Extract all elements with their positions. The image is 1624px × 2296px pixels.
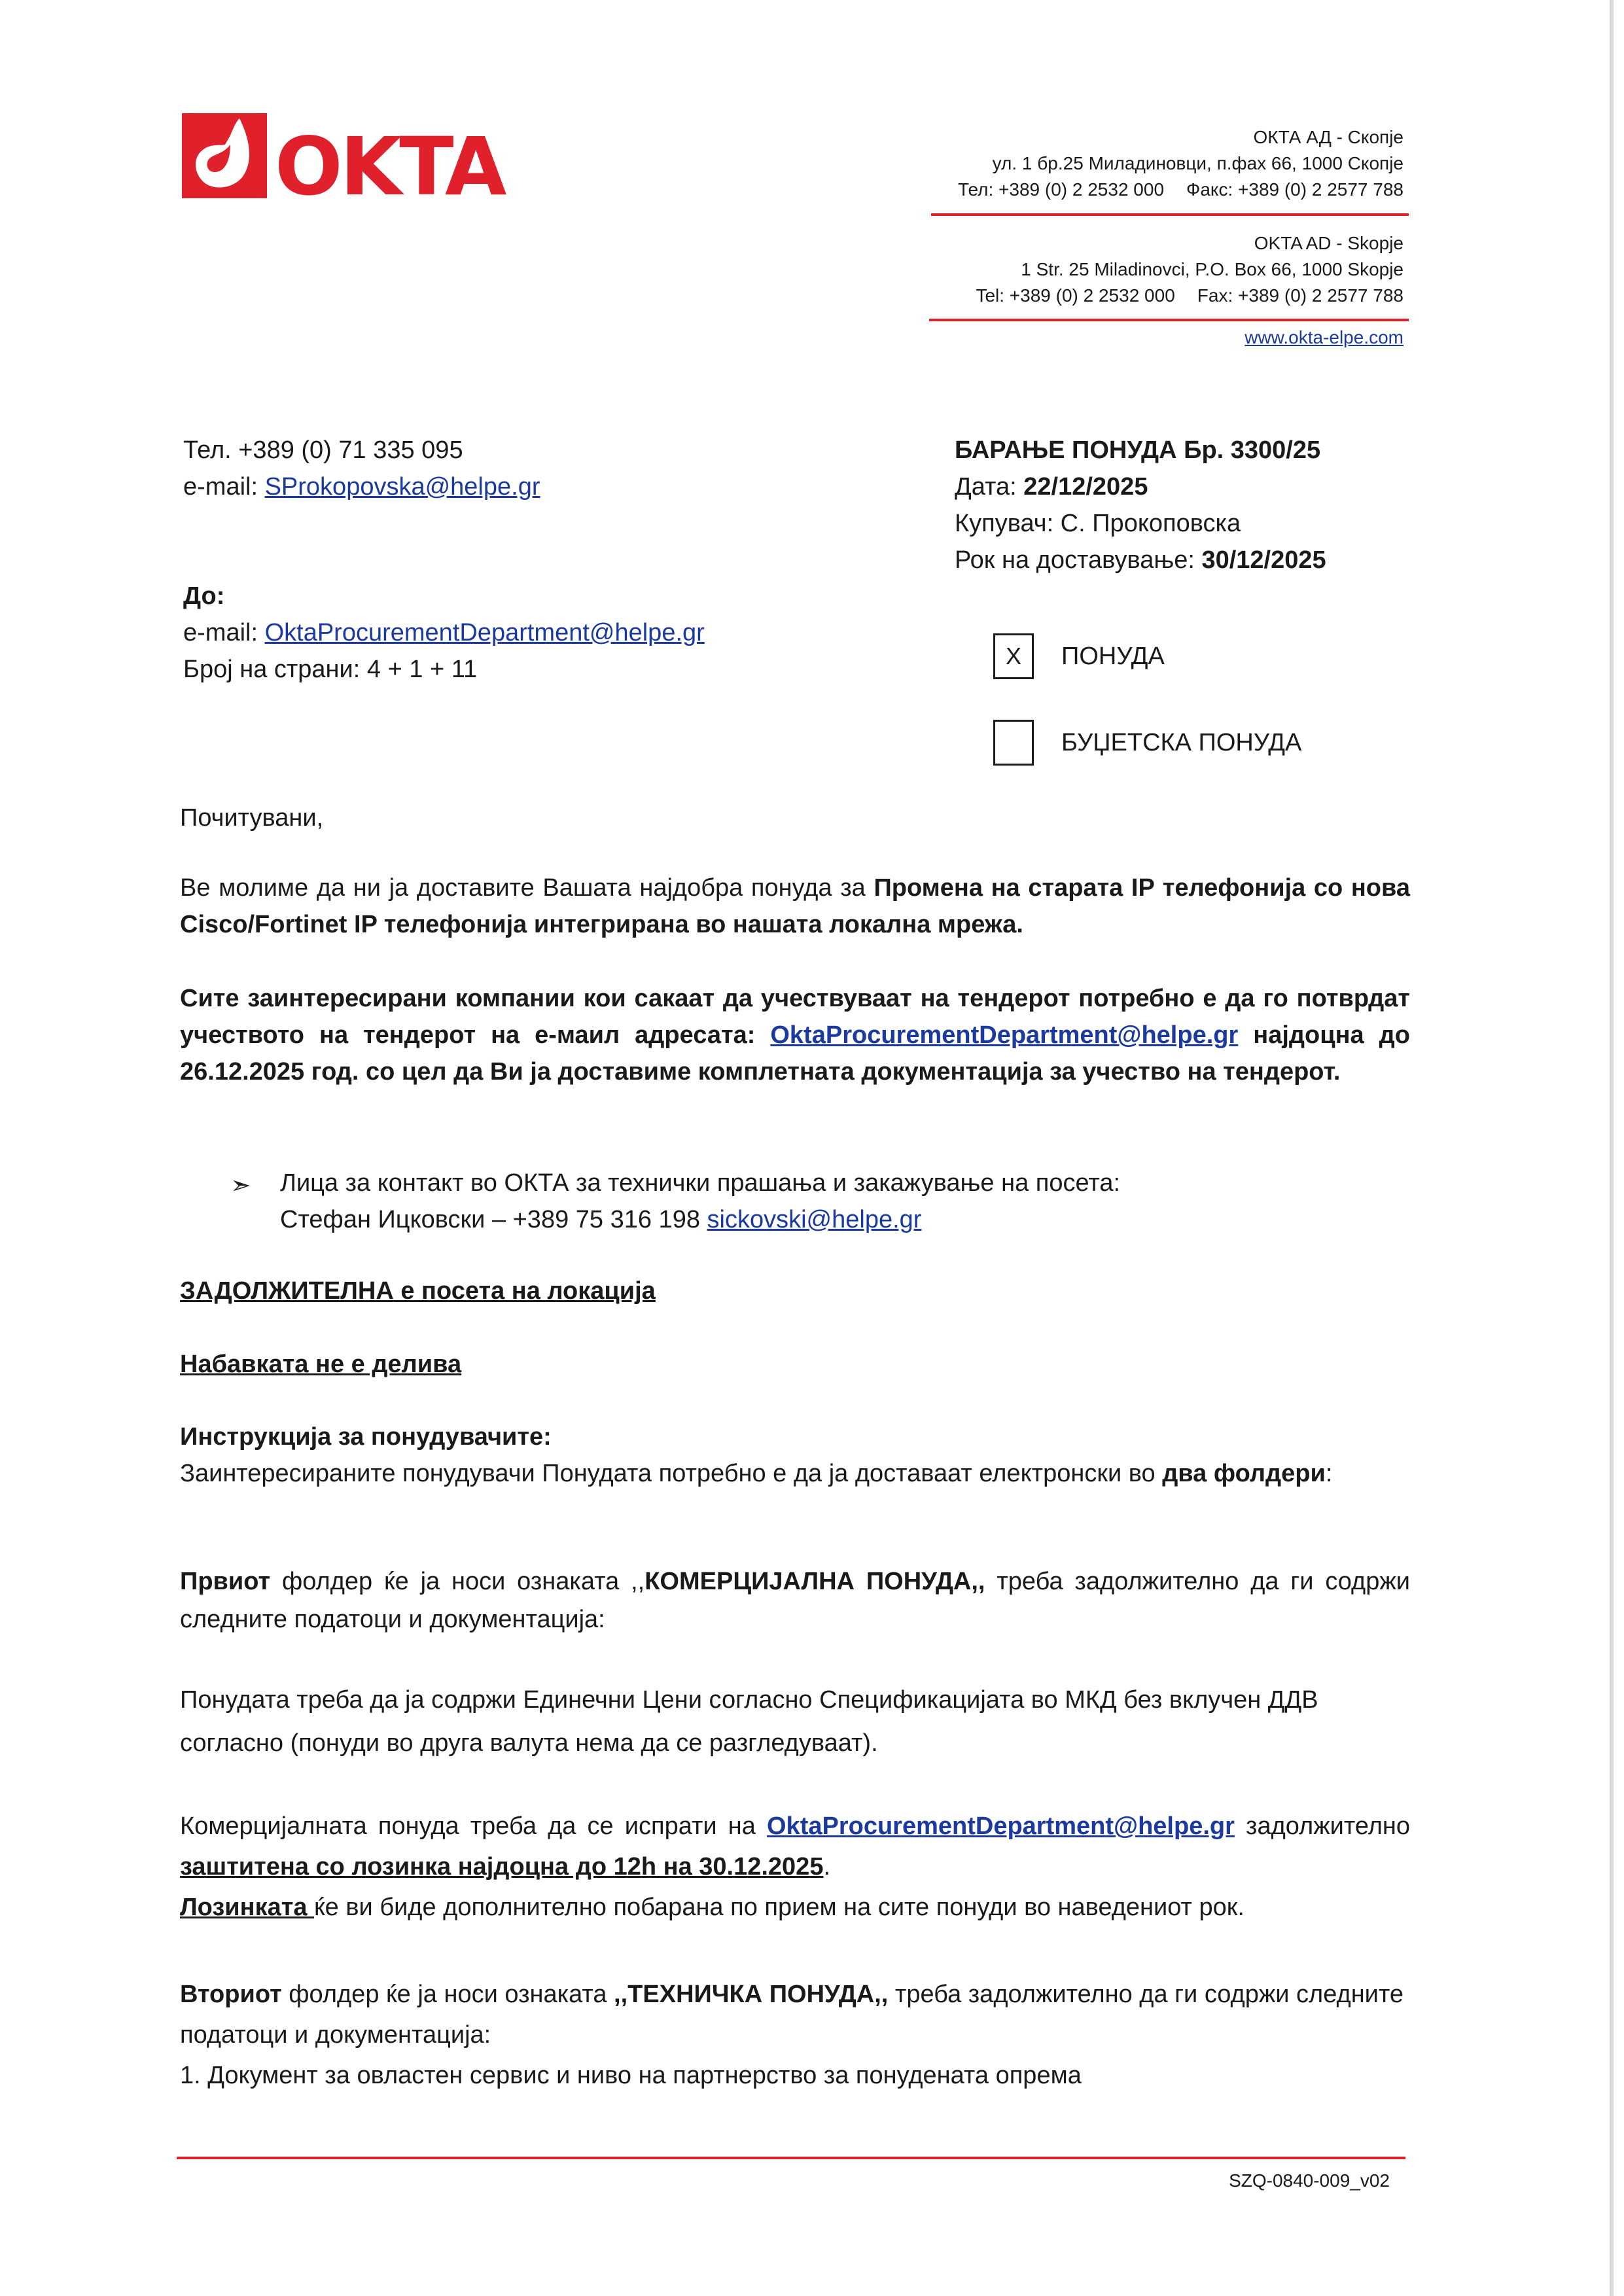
contact-person: Стефан Ицковски – +389 75 316 198	[280, 1206, 707, 1233]
password-word: Лозинката	[180, 1894, 314, 1921]
okta-drop-icon: OKTA	[182, 113, 516, 198]
mandatory-visit-note: ЗАДОЛЖИТЕЛНА е посета на локација	[180, 1273, 1410, 1309]
two-folders: два фолдери	[1162, 1460, 1326, 1487]
header-divider	[931, 213, 1409, 216]
first-folder-label: Првиот	[180, 1568, 270, 1595]
page-count: Број на страни: 4 + 1 + 11	[183, 651, 705, 688]
company-name-en: OKTA AD - Skopje	[976, 230, 1403, 256]
svg-text:OKTA: OKTA	[275, 120, 506, 198]
instructions-section: Инструкција за понудувачите: Заинтересир…	[180, 1419, 1410, 1492]
fax-en: Fax: +389 (0) 2 2577 788	[1197, 285, 1403, 306]
instructions-end: :	[1326, 1460, 1333, 1487]
recipient-email-link[interactable]: OktaProcurementDepartment@helpe.gr	[265, 619, 705, 646]
fax-mk: Факс: +389 (0) 2 2577 788	[1186, 179, 1403, 200]
header-divider	[929, 319, 1409, 321]
procurement-email-link[interactable]: OktaProcurementDepartment@helpe.gr	[770, 1021, 1238, 1049]
street-address-mk: ул. 1 бр.25 Миладиновци, п.фах 66, 1000 …	[958, 150, 1403, 177]
recipient-email-label: e-mail:	[183, 619, 265, 646]
sender-phone: Тел. +389 (0) 71 335 095	[183, 432, 540, 468]
unit-prices-paragraph: Понудата треба да ја содржи Единечни Цен…	[180, 1678, 1410, 1765]
scan-edge-line	[1610, 0, 1614, 2296]
buyer: Купувач: С. Прокоповска	[955, 505, 1326, 542]
budget-offer-type-option[interactable]: БУЏЕТСКА ПОНУДА	[993, 720, 1301, 766]
commercial-email-link[interactable]: OktaProcurementDepartment@helpe.gr	[767, 1812, 1235, 1840]
document-code: SZQ-0840-009_v02	[1229, 2170, 1390, 2191]
okta-logo: OKTA	[182, 113, 516, 198]
recipient-block: До: e-mail: OktaProcurementDepartment@he…	[183, 578, 705, 688]
request-date: 22/12/2025	[1023, 473, 1148, 501]
sender-email-link[interactable]: SProkopovska@helpe.gr	[265, 473, 540, 501]
commercial-offer-name: КОМЕРЦИЈАЛНА ПОНУДА,,	[644, 1568, 985, 1595]
first-folder-paragraph: Првиот фолдер ќе ја носи ознаката ,,КОМЕ…	[180, 1563, 1410, 1638]
second-folder-label: Вториот	[180, 1981, 282, 2008]
contact-bullet: ➣ Лица за контакт во ОКТА за технички пр…	[230, 1165, 1343, 1238]
instructions-text: Заинтересираните понудувачи Понудата пот…	[180, 1460, 1162, 1487]
first-folder-text: фолдер ќе ја носи ознаката ,,	[270, 1568, 644, 1595]
request-info: БАРАЊЕ ПОНУДА Бр. 3300/25 Дата: 22/12/20…	[955, 432, 1326, 578]
date-label: Дата:	[955, 473, 1023, 501]
mandatory-rest: е посета на локација	[394, 1277, 656, 1305]
participation-paragraph: Сите заинтересирани компании кои сакаат …	[180, 980, 1410, 1090]
second-folder-text: фолдер ќе ја носи ознаката	[282, 1981, 614, 2008]
arrowhead-bullet-icon: ➣	[230, 1167, 251, 1204]
greeting: Почитувани,	[180, 800, 1410, 836]
commercial-text: Комерцијалната понуда треба да се испрат…	[180, 1812, 767, 1840]
mandatory-word: ЗАДОЛЖИТЕЛНА	[180, 1277, 394, 1305]
requirement-item-1: 1. Документ за овластен сервис и ниво на…	[180, 2055, 1410, 2096]
deadline-label: Рок на доставување:	[955, 546, 1201, 574]
offer-type-label: ПОНУДА	[1061, 643, 1165, 671]
budget-offer-checkbox[interactable]	[993, 720, 1034, 766]
instructions-title: Инструкција за понудувачите:	[180, 1419, 1410, 1455]
offer-checkbox-checked[interactable]: X	[993, 633, 1034, 679]
password-note: ќе ви биде дополнително побарана по прие…	[314, 1894, 1244, 1921]
request-text: Ве молиме да ни ја доставите Вашата најд…	[180, 874, 874, 902]
footer-divider	[177, 2157, 1405, 2159]
sender-block: Тел. +389 (0) 71 335 095 e-mail: SProkop…	[183, 432, 540, 505]
technical-offer-name: ,,ТЕХНИЧКА ПОНУДА,,	[614, 1981, 888, 2008]
website-link[interactable]: www.okta-elpe.com	[1244, 327, 1403, 348]
request-title: БАРАЊЕ ПОНУДА Бр. 3300/25	[955, 432, 1326, 468]
period: .	[823, 1853, 830, 1881]
phone-en: Tel: +389 (0) 2 2532 000	[976, 285, 1174, 306]
request-paragraph: Ве молиме да ни ја доставите Вашата најд…	[180, 870, 1410, 943]
street-address-en: 1 Str. 25 Miladinovci, P.O. Box 66, 1000…	[976, 256, 1403, 283]
phone-mk: Тел: +389 (0) 2 2532 000	[958, 179, 1164, 200]
deadline-date: 30/12/2025	[1201, 546, 1326, 574]
address-block-mk: ОКТА АД - Скопје ул. 1 бр.25 Миладиновци…	[958, 124, 1403, 203]
commercial-mandatory: задолжително	[1235, 1812, 1410, 1840]
contact-email-link[interactable]: sickovski@helpe.gr	[707, 1206, 922, 1233]
second-folder-paragraph: Вториот фолдер ќе ја носи ознаката ,,ТЕХ…	[180, 1974, 1410, 2096]
budget-offer-label: БУЏЕТСКА ПОНУДА	[1061, 729, 1301, 757]
password-protected-deadline: заштитена со лозинка најдоцна до 12h на …	[180, 1853, 823, 1881]
commercial-submission-paragraph: Комерцијалната понуда треба да се испрат…	[180, 1806, 1410, 1928]
sender-email-label: e-mail:	[183, 473, 265, 501]
indivisible-note: Набавката не е делива	[180, 1346, 1410, 1383]
contact-line-1: Лица за контакт во ОКТА за технички праш…	[280, 1165, 1343, 1201]
address-block-en: OKTA AD - Skopje 1 Str. 25 Miladinovci, …	[976, 230, 1403, 309]
to-label: До:	[183, 578, 705, 614]
company-name-mk: ОКТА АД - Скопје	[958, 124, 1403, 150]
offer-type-option[interactable]: X ПОНУДА	[993, 633, 1165, 679]
